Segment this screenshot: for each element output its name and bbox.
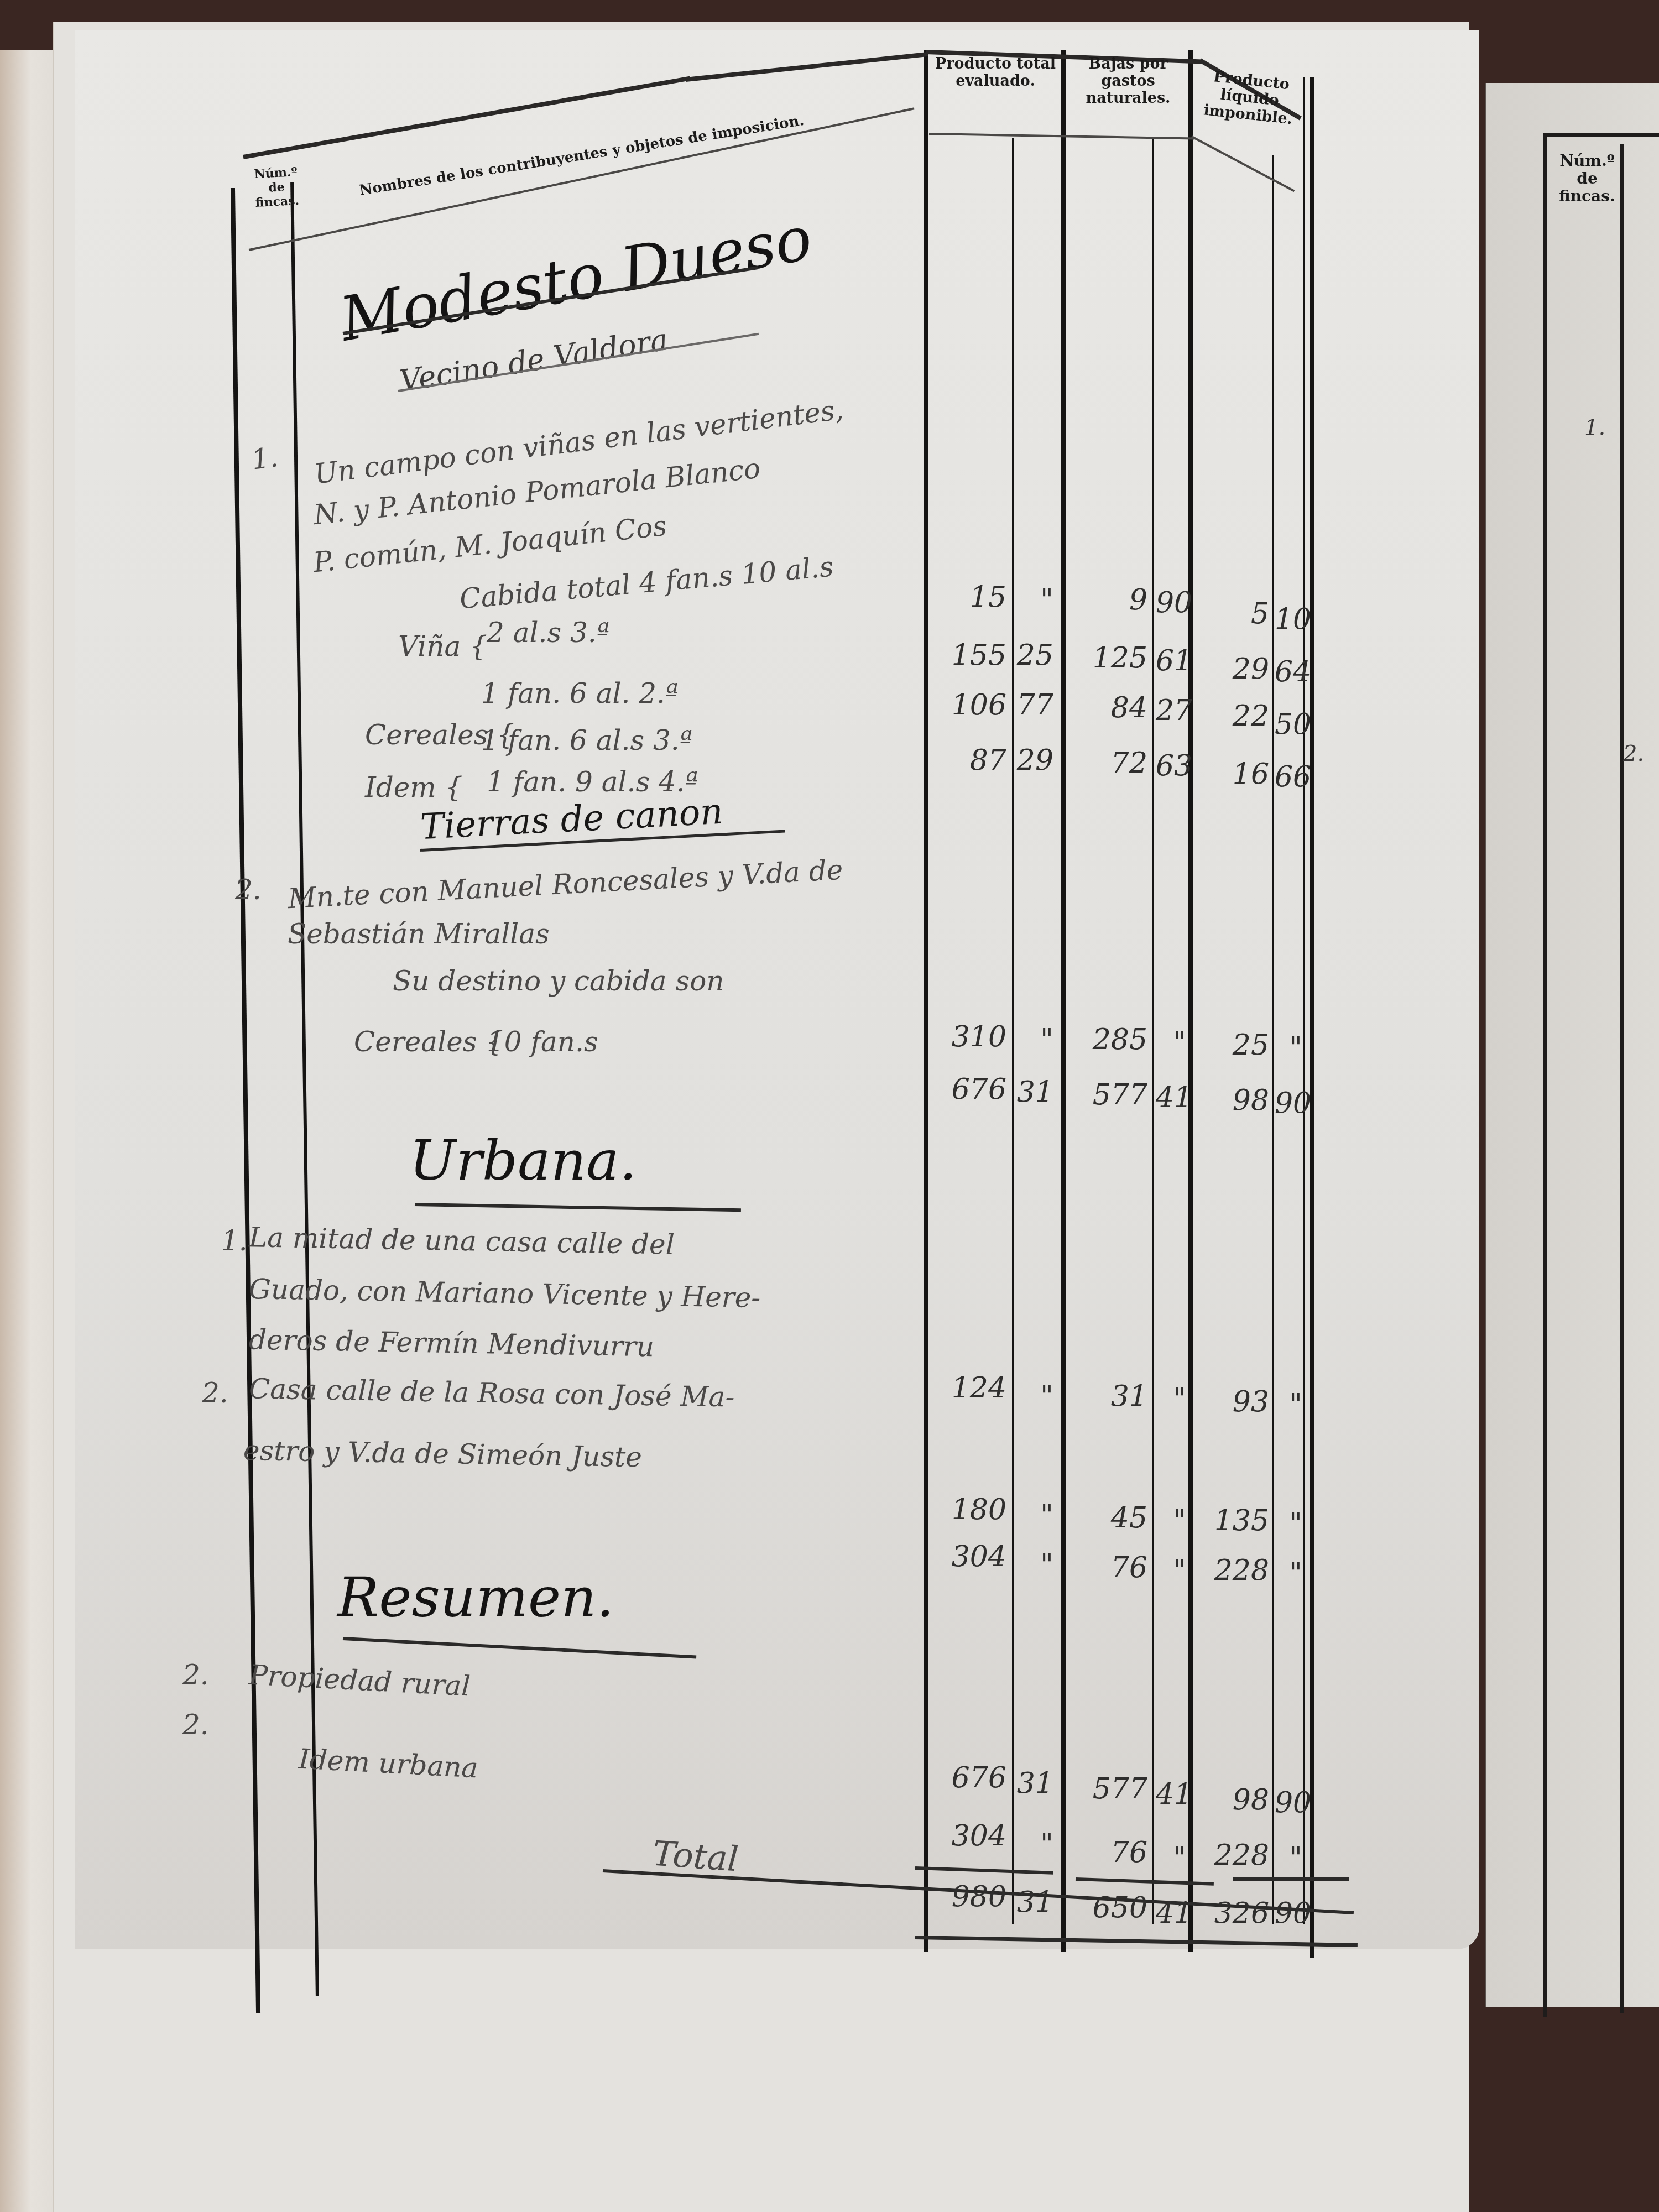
grand-total: 980 — [935, 1880, 1006, 1913]
cultivo-detail: 1 fan. 6 al.s 3.ª — [481, 724, 692, 757]
subtotal-liquido-cents: 90 — [1275, 1087, 1302, 1120]
bajas-value: 31 — [1070, 1380, 1147, 1413]
liquido-cents: 10 — [1275, 603, 1302, 636]
subtotal-liquido: 228 — [1197, 1554, 1269, 1587]
facing-column-divider — [1620, 144, 1624, 2013]
subtotal-liquido-cents: " — [1275, 1557, 1302, 1590]
total-cents: " — [1015, 1499, 1053, 1532]
resumen-total: 676 — [935, 1761, 1006, 1794]
total-value: 155 — [935, 639, 1006, 672]
bajas-cents: " — [1156, 1383, 1186, 1416]
subtotal-bajas-cents: " — [1156, 1554, 1186, 1587]
bajas-cents: " — [1156, 1504, 1186, 1537]
resumen-bajas: 577 — [1070, 1772, 1147, 1806]
bajas-value: 84 — [1070, 691, 1147, 724]
cultivo-label: Viña { — [398, 630, 487, 662]
bajas-value: 72 — [1070, 747, 1147, 780]
table-right-border — [1310, 77, 1314, 1958]
total-value: 106 — [935, 688, 1006, 722]
facing-header-num-fincas: Núm.º de fincas. — [1554, 152, 1620, 205]
names-column-divider — [924, 50, 928, 1952]
cultivo-detail: 10 fan.s — [487, 1026, 598, 1058]
total-value: 87 — [935, 744, 1006, 777]
resumen-count: 2. — [182, 1659, 209, 1691]
liquido-cents: " — [1275, 1031, 1302, 1065]
header-bajas: Bajas por gastos naturales. — [1070, 55, 1186, 107]
cultivo-detail: 1 fan. 9 al.s 4.ª — [487, 766, 698, 798]
total-value: 180 — [935, 1493, 1006, 1526]
subtotal-liquido: 98 — [1197, 1084, 1269, 1117]
subtotal-bajas: 577 — [1070, 1078, 1147, 1112]
grand-bajas-cents: 41 — [1156, 1897, 1186, 1930]
total-value: 310 — [935, 1020, 1006, 1053]
liquido-cents: " — [1275, 1507, 1302, 1540]
resumen-total-cents: " — [1015, 1828, 1053, 1861]
total-cents: " — [1015, 1380, 1053, 1413]
finca-num: 2. — [202, 1377, 228, 1409]
section-heading-resumen: Resumen. — [337, 1565, 614, 1630]
liquido-value: 25 — [1197, 1029, 1269, 1062]
total-cents: 29 — [1015, 744, 1053, 777]
header-producto-liquido: Producto líquido imponible. — [1195, 66, 1305, 128]
bajas-cents: 61 — [1156, 644, 1186, 677]
bajas-cents: 90 — [1156, 586, 1186, 619]
finca-description-line: Sebastián Mirallas — [288, 918, 550, 950]
liquido-cents-divider — [1272, 155, 1274, 1924]
finca-num: 1. — [221, 1225, 248, 1257]
liquido-cents: " — [1275, 1388, 1302, 1421]
resumen-count: 2. — [182, 1709, 209, 1741]
cultivo-label: Cereales { — [354, 1026, 503, 1058]
liquido-value: 5 — [1197, 597, 1269, 630]
resumen-total-cents: 31 — [1015, 1767, 1053, 1800]
bajas-cents: " — [1156, 1026, 1186, 1059]
total-cents: 25 — [1015, 639, 1053, 672]
total-column-divider — [1061, 50, 1066, 1952]
total-cents: " — [1015, 1023, 1053, 1056]
total-value: 15 — [935, 581, 1006, 614]
resumen-bajas: 76 — [1070, 1836, 1147, 1869]
cultivo-detail: 1 fan. 6 al. 2.ª — [481, 677, 679, 709]
bajas-value: 125 — [1070, 641, 1147, 675]
liquido-value: 29 — [1197, 653, 1269, 686]
total-cents: " — [1015, 583, 1053, 617]
grand-total-cents: 31 — [1015, 1886, 1053, 1919]
liquido-value: 16 — [1197, 758, 1269, 791]
bajas-cents-divider — [1152, 138, 1154, 1924]
subtotal-bajas: 76 — [1070, 1551, 1147, 1584]
total-cents: 77 — [1015, 688, 1053, 722]
grand-liquido: 326 — [1197, 1897, 1269, 1930]
liquido-cents: 66 — [1275, 760, 1302, 794]
facing-finca-num: 2. — [1623, 741, 1644, 766]
subtotal-bajas-cents: 41 — [1156, 1081, 1186, 1114]
bajas-value: 285 — [1070, 1023, 1147, 1056]
resumen-liquido-cents: " — [1275, 1841, 1302, 1875]
bajas-column-divider — [1188, 50, 1193, 1952]
finca-num: 2. — [235, 874, 262, 906]
bajas-value: 9 — [1070, 583, 1147, 617]
subtotal-total: 676 — [935, 1073, 1006, 1106]
total-cents-divider — [1012, 138, 1014, 1924]
header-num-fincas: Núm.º de fincas. — [248, 164, 305, 210]
finca-description-line: Su destino y cabida son — [393, 965, 724, 997]
resumen-liquido-cents: 90 — [1275, 1786, 1302, 1819]
sum-line-liquido — [1233, 1877, 1349, 1881]
liquido-value: 22 — [1197, 700, 1269, 733]
bajas-value: 45 — [1070, 1501, 1147, 1535]
grand-liquido-cents: 90 — [1275, 1897, 1302, 1930]
resumen-bajas-cents: " — [1156, 1841, 1186, 1875]
liquido-cents: 50 — [1275, 708, 1302, 741]
subtotal-total-cents: 31 — [1015, 1076, 1053, 1109]
facing-finca-num: 1. — [1584, 415, 1605, 440]
resumen-bajas-cents: 41 — [1156, 1778, 1186, 1811]
cultivo-label: Idem { — [365, 771, 462, 804]
liquido-value: 93 — [1197, 1385, 1269, 1418]
cultivo-detail: 2 al.s 3.ª — [487, 617, 609, 649]
liquido-value: 135 — [1197, 1504, 1269, 1537]
bajas-cents: 63 — [1156, 749, 1186, 782]
resumen-liquido: 228 — [1197, 1839, 1269, 1872]
subtotal-total: 304 — [935, 1540, 1006, 1573]
subtotal-total-cents: " — [1015, 1548, 1053, 1582]
table-right-inner-border — [1303, 77, 1305, 1924]
header-producto-total: Producto total evaluado. — [932, 55, 1059, 90]
section-heading-urbana: Urbana. — [409, 1128, 637, 1193]
finca-num: 1. — [250, 441, 280, 476]
bajas-cents: 27 — [1156, 694, 1186, 727]
liquido-cents: 64 — [1275, 655, 1302, 688]
total-value: 124 — [935, 1371, 1006, 1405]
resumen-liquido: 98 — [1197, 1783, 1269, 1817]
resumen-total: 304 — [935, 1819, 1006, 1853]
grand-bajas: 650 — [1070, 1891, 1147, 1924]
